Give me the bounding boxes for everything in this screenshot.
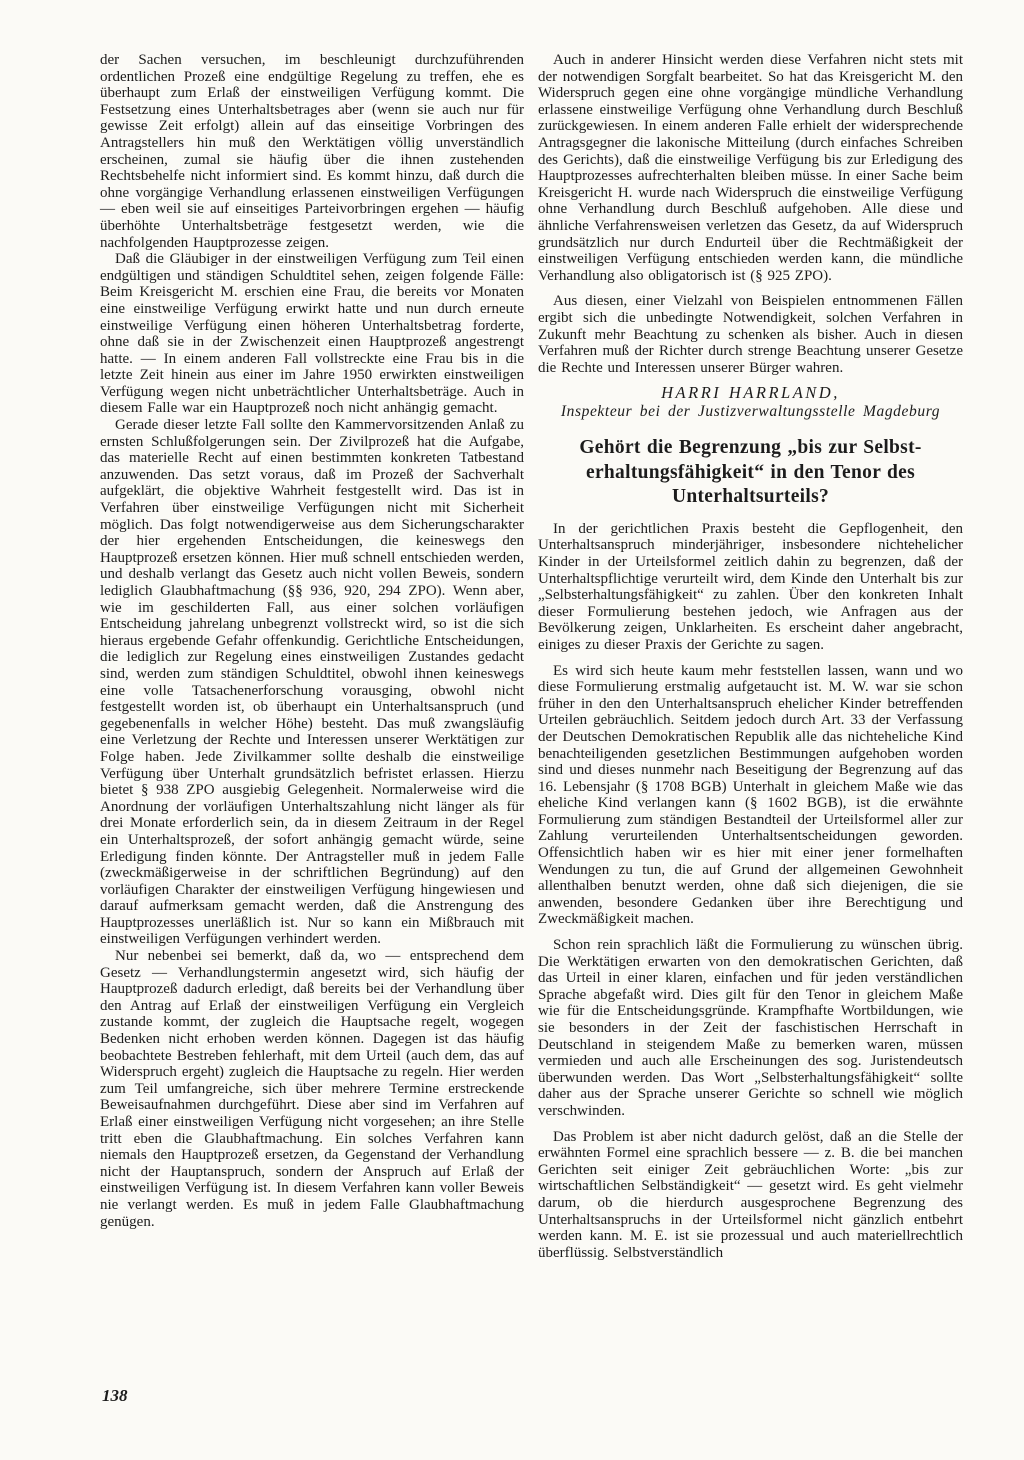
- body-paragraph: der Sachen versuchen, im beschleunigt du…: [100, 52, 524, 251]
- body-paragraph: Es wird sich heute kaum mehr feststellen…: [538, 663, 963, 929]
- article-title-line: Gehört die Begrenzung „bis zur Selbst-: [538, 436, 963, 461]
- journal-page: der Sachen versuchen, im beschleunigt du…: [0, 0, 1024, 1460]
- body-paragraph: Aus diesen, einer Vielzahl von Beispiele…: [538, 293, 963, 376]
- body-paragraph: Schon rein sprachlich läßt die Formulier…: [538, 937, 963, 1120]
- author-name: HARRI HARRLAND,: [538, 383, 963, 402]
- article-title-line: Unterhaltsurteils?: [538, 485, 963, 510]
- right-column: Auch in anderer Hinsicht werden diese Ve…: [538, 52, 963, 1261]
- body-paragraph: Auch in anderer Hinsicht werden diese Ve…: [538, 52, 963, 284]
- body-paragraph: Das Problem ist aber nicht dadurch gelös…: [538, 1129, 963, 1262]
- author-title: Inspekteur bei der Justizverwaltungsstel…: [538, 402, 963, 421]
- body-paragraph: In der gerichtlichen Praxis besteht die …: [538, 521, 963, 654]
- body-paragraph: Nur nebenbei sei bemerkt, daß da, wo — e…: [100, 948, 524, 1230]
- left-column: der Sachen versuchen, im beschleunigt du…: [100, 52, 524, 1230]
- body-paragraph: Gerade dieser letzte Fall sollte den Kam…: [100, 417, 524, 948]
- article-title: Gehört die Begrenzung „bis zur Selbst- e…: [538, 436, 963, 510]
- author-signature: HARRI HARRLAND, Inspekteur bei der Justi…: [538, 383, 963, 421]
- body-paragraph: Daß die Gläubiger in der einstweiligen V…: [100, 251, 524, 417]
- page-number: 138: [102, 1386, 128, 1406]
- article-title-line: erhaltungsfähigkeit“ in den Tenor des: [538, 461, 963, 486]
